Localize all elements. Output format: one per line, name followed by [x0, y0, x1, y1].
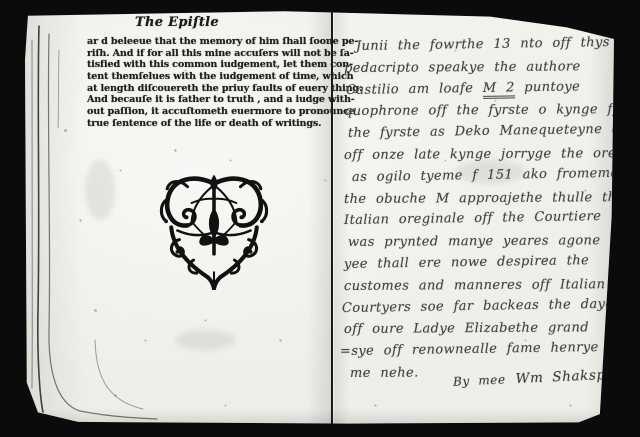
- printed-line: at length diſcouereth the priuy faults o…: [87, 83, 315, 95]
- handwriting-line: Italian oreginale off the Courtiere: [344, 206, 612, 232]
- handwriting-line: Junii the fowrthe 13 nto off thys: [356, 32, 612, 58]
- page-header: The Epiſtle: [65, 15, 289, 30]
- printer-ornament: [157, 174, 271, 290]
- printed-line: And becauſe it is father to truth , and …: [87, 94, 315, 106]
- handwriting-line: yee thall ere nowe despirea the: [344, 250, 612, 276]
- printed-line: true ſentence of the life or death of wr…: [87, 118, 315, 130]
- printed-line: tisfied with this common iudgement, let …: [87, 59, 315, 71]
- printed-text-block: ar d beleeue that the memory of him ſhal…: [87, 36, 315, 130]
- printed-line: ar d beleeue that the memory of him ſhal…: [87, 36, 315, 48]
- book-scan-image: The Epiſtle ar d beleeue that the memory…: [0, 0, 640, 437]
- handwriting-line: Castilio am loafe M 2 puntoye: [346, 75, 612, 101]
- signature-prefix: By mee: [453, 372, 506, 388]
- book-spread: The Epiſtle ar d beleeue that the memory…: [25, 10, 614, 424]
- handwriting-line: the fyrste as Deko Manequeteyne ande: [348, 119, 612, 145]
- paper-smudge: [175, 330, 235, 350]
- handwriting-line: =sye off renownealle fame henrye: [340, 337, 612, 363]
- printed-line: tent themſelues with the iudgement of ti…: [87, 71, 315, 83]
- paper-smudge: [455, 160, 525, 184]
- handwriting-line: Courtyers soe far backeas the dayes: [342, 293, 612, 319]
- paper-speckle-noise: [25, 10, 26, 11]
- printed-line: riſh. And if for all this mine accuſers …: [87, 48, 315, 60]
- printed-line: out paſſion, it accuſtometh euermore to …: [87, 106, 315, 118]
- paper-smudge: [85, 160, 115, 220]
- handwriting-block: Junii the fowrthe 13 nto off thyspedacri…: [344, 36, 612, 385]
